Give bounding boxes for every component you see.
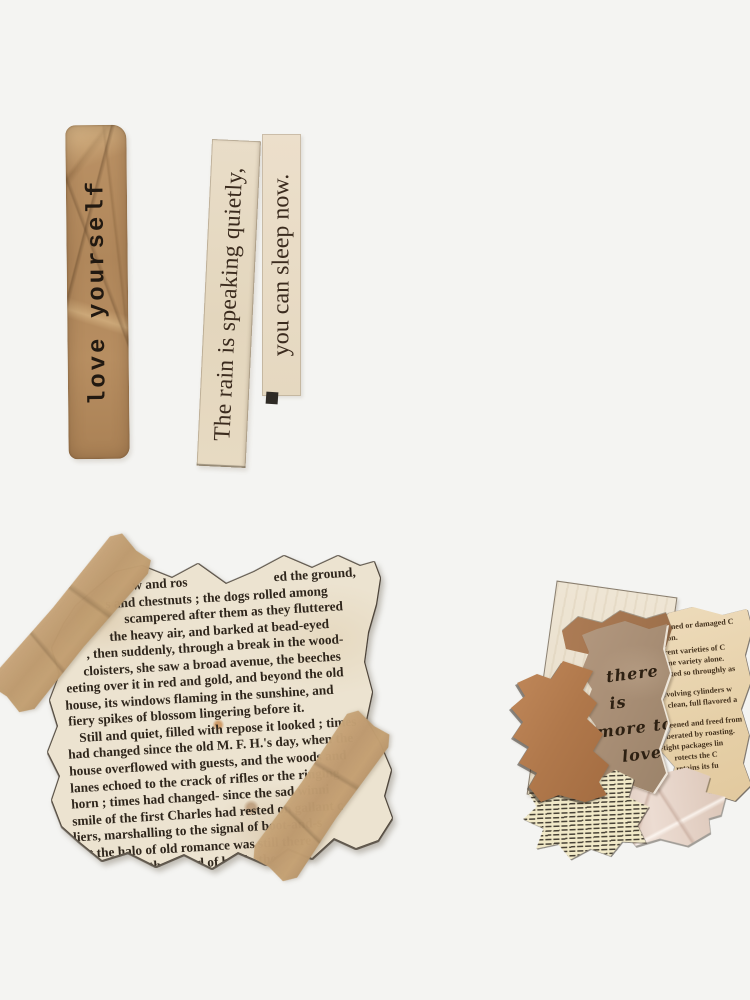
love-yourself-text: love yourself — [83, 179, 112, 406]
sticker-sleep-quote: you can sleep now. — [262, 134, 301, 396]
collage-kraft-blob — [505, 657, 615, 807]
clipping-line: crisp dead leaves, and riding like ng — [76, 859, 412, 895]
sticker-rain-quote: The rain is speaking quietly, — [197, 139, 261, 468]
sticker-collage: stained or damaged Cduction.fferent vari… — [505, 583, 750, 858]
clipping-line: canopies of crimson and gold, cam th ; a — [77, 876, 413, 912]
sleep-quote-text: you can sleep now. — [268, 174, 295, 356]
sticker-sheet-canvas: love yourself The rain is speaking quiet… — [0, 0, 750, 1000]
rain-quote-text: The rain is speaking quietly, — [209, 166, 249, 441]
kraft-blob-surface — [505, 657, 615, 807]
paper-shadow-fragment — [266, 392, 279, 405]
sticker-love-yourself: love yourself — [65, 125, 129, 460]
